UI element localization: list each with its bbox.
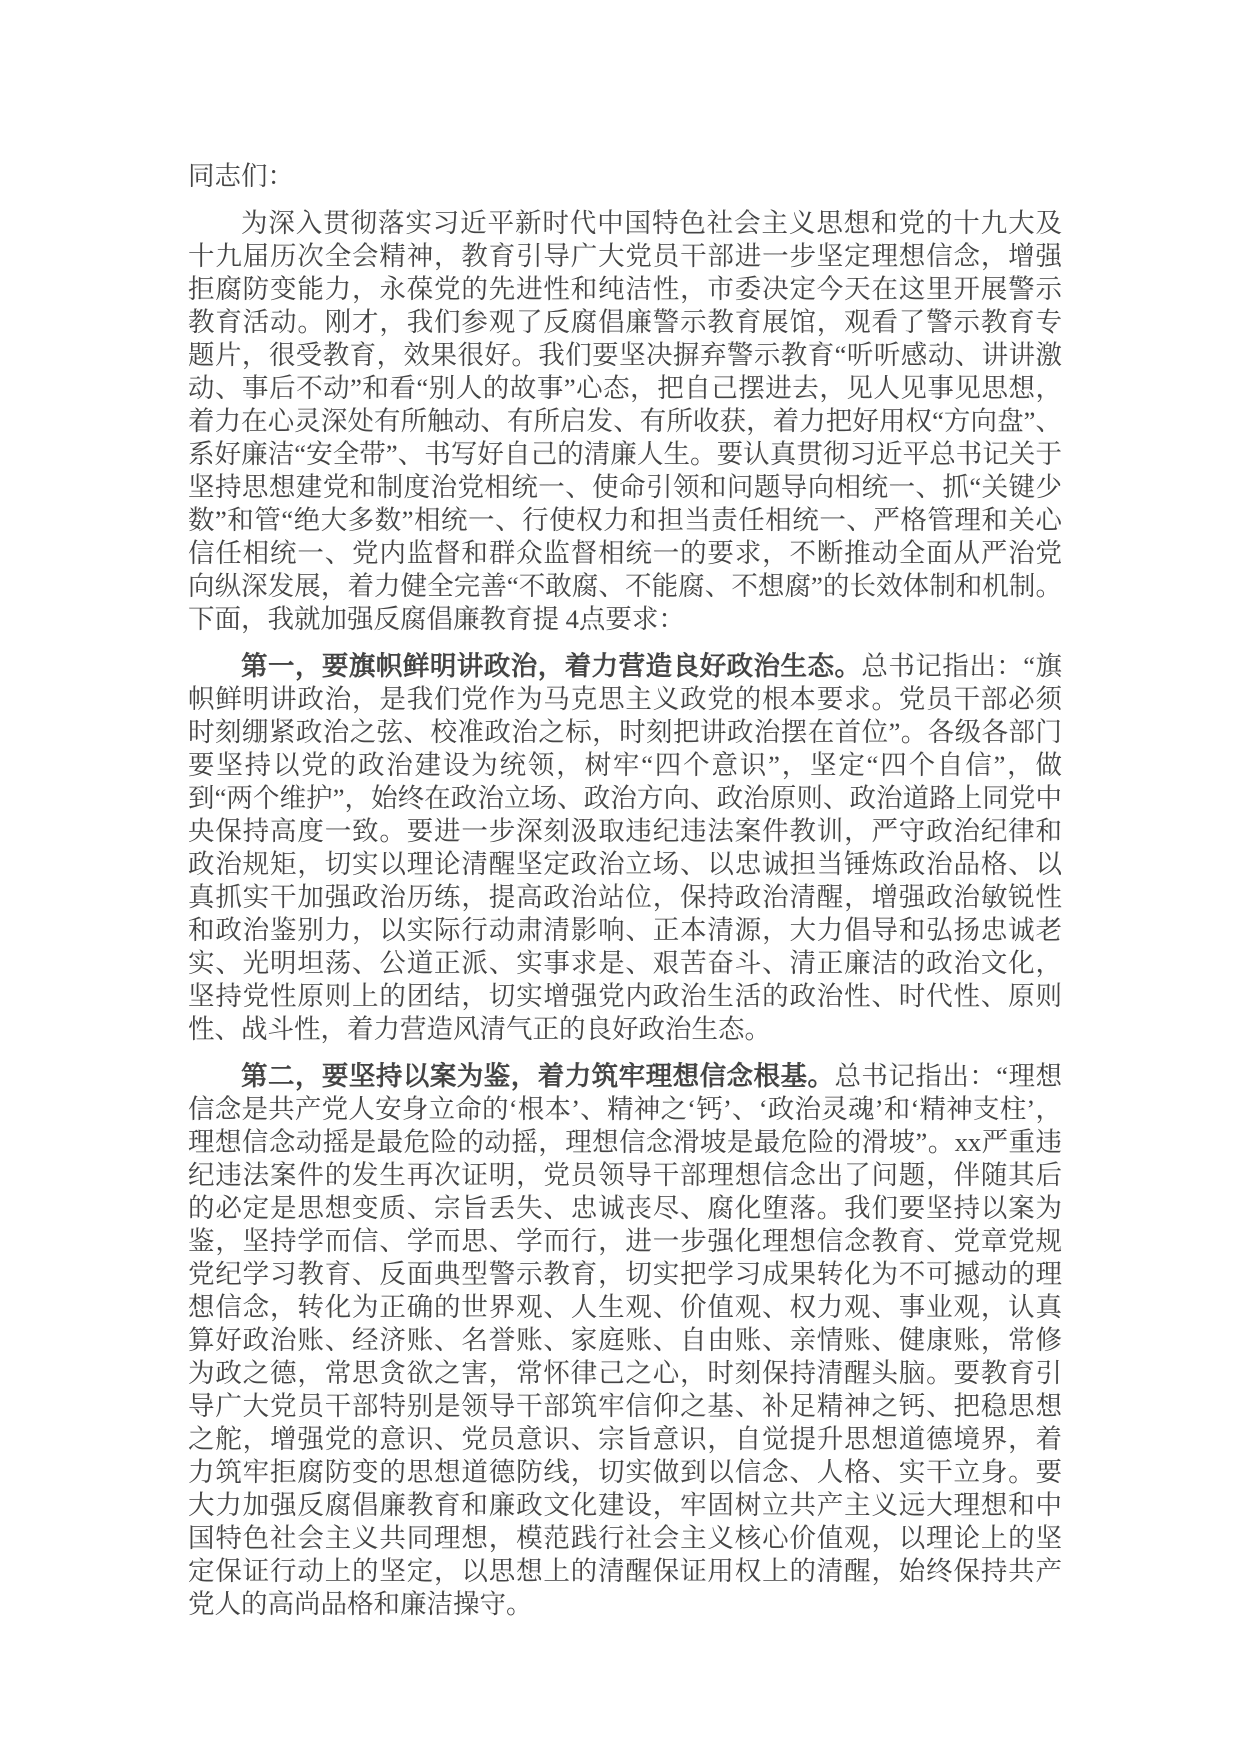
salutation: 同志们： [188,160,1062,193]
document-text-block: 同志们： 为深入贯彻落实习近平新时代中国特色社会主义思想和党的十九大及十九届历次… [188,160,1062,1635]
document-page: 同志们： 为深入贯彻落实习近平新时代中国特色社会主义思想和党的十九大及十九届历次… [0,0,1240,1754]
paragraph-second-point-body: 总书记指出：“理想信念是共产党人安身立命的‘根本’、精神之‘钙’、‘政治灵魂’和… [188,1061,1062,1619]
paragraph-second-point: 第二，要坚持以案为鉴，着力筑牢理想信念根基。总书记指出：“理想信念是共产党人安身… [188,1060,1062,1621]
paragraph-second-point-heading: 第二，要坚持以案为鉴，着力筑牢理想信念根基。 [241,1061,834,1091]
paragraph-first-point: 第一，要旗帜鲜明讲政治，着力营造良好政治生态。总书记指出：“旗帜鲜明讲政治，是我… [188,650,1062,1046]
paragraph-intro: 为深入贯彻落实习近平新时代中国特色社会主义思想和党的十九大及十九届历次全会精神，… [188,207,1062,636]
paragraph-intro-body: 为深入贯彻落实习近平新时代中国特色社会主义思想和党的十九大及十九届历次全会精神，… [188,208,1062,634]
paragraph-first-point-heading: 第一，要旗帜鲜明讲政治，着力营造良好政治生态。 [241,651,861,681]
paragraph-first-point-body: 总书记指出：“旗帜鲜明讲政治，是我们党作为马克思主义政党的根本要求。党员干部必须… [188,651,1062,1044]
